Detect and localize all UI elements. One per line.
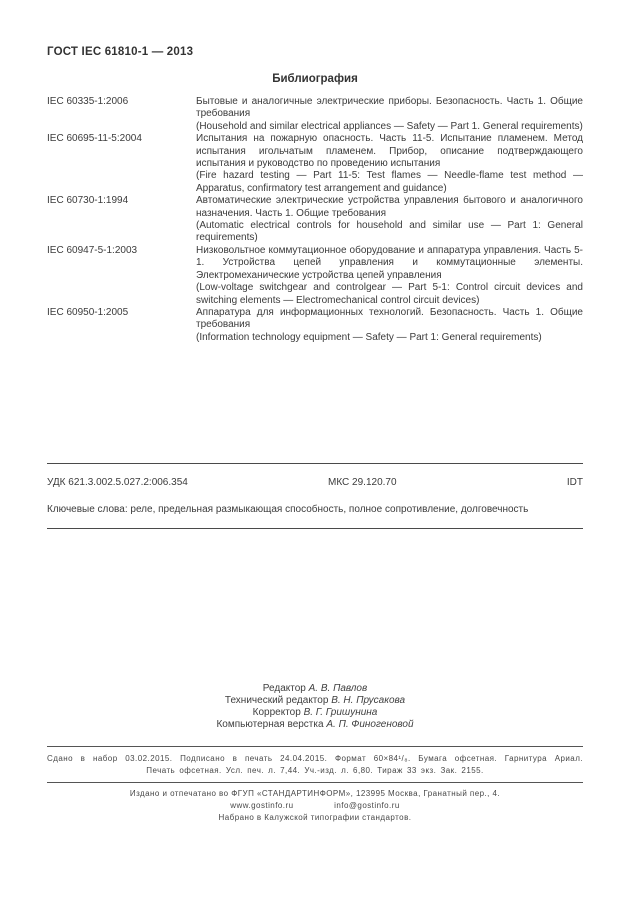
mks-code: МКС 29.120.70 <box>328 477 397 488</box>
standard-description: Аппаратура для информационных технологий… <box>196 307 583 344</box>
credits-block: Редактор А. В. Павлов Технический редакт… <box>47 683 583 731</box>
standard-description: Автоматические электрические устройства … <box>196 195 583 245</box>
bibliography-entry: IEC 60950-1:2005 Аппаратура для информац… <box>47 307 583 344</box>
standard-code: IEC 60947-5-1:2003 <box>47 245 196 307</box>
credit-line: Компьютерная верстка А. П. Финогеновой <box>47 719 583 731</box>
bibliography-entry: IEC 60947-5-1:2003 Низковольтное коммута… <box>47 245 583 307</box>
credit-role: Технический редактор <box>225 695 328 706</box>
idt-label: IDT <box>567 477 583 488</box>
credit-name: В. Н. Прусакова <box>331 695 405 706</box>
standard-code: IEC 60695-11-5:2004 <box>47 133 196 195</box>
standard-description: Испытания на пожарную опасность. Часть 1… <box>196 133 583 195</box>
credit-name: А. П. Финогеновой <box>326 719 413 730</box>
standard-title-ru: Автоматические электрические устройства … <box>196 195 583 220</box>
imprint-block: Сдано в набор 03.02.2015. Подписано в пе… <box>47 753 583 825</box>
imprint-typeset-line: Сдано в набор 03.02.2015. Подписано в пе… <box>47 753 583 765</box>
contacts-line: www.gostinfo.ru info@gostinfo.ru <box>47 800 583 812</box>
typography-line: Набрано в Калужской типографии стандарто… <box>47 812 583 824</box>
standard-description: Бытовые и аналогичные электрические приб… <box>196 96 583 133</box>
standard-title-en: (Household and similar electrical applia… <box>196 121 583 133</box>
udc-code: УДК 621.3.002.5.027.2:006.354 <box>47 477 188 488</box>
publisher-line: Издано и отпечатано во ФГУП «СТАНДАРТИНФ… <box>47 788 583 800</box>
credit-name: В. Г. Гришунина <box>304 707 378 718</box>
publisher-email: info@gostinfo.ru <box>334 801 400 810</box>
standard-description: Низковольтное коммутационное оборудовани… <box>196 245 583 307</box>
standard-title-ru: Аппаратура для информационных технологий… <box>196 307 583 332</box>
standard-title-ru: Низковольтное коммутационное оборудовани… <box>196 245 583 282</box>
standard-title-en: (Automatic electrical controls for house… <box>196 220 583 245</box>
standard-title-ru: Бытовые и аналогичные электрические приб… <box>196 96 583 121</box>
credit-role: Редактор <box>263 683 306 694</box>
credit-name: А. В. Павлов <box>309 683 368 694</box>
bibliography-entry: IEC 60335-1:2006 Бытовые и аналогичные э… <box>47 96 583 133</box>
standard-title-en: (Low-voltage switchgear and controlgear … <box>196 282 583 307</box>
imprint-print-line: Печать офсетная. Усл. печ. л. 7,44. Уч.-… <box>47 765 583 777</box>
bibliography-title: Библиография <box>47 73 583 85</box>
divider-inside-imprint <box>47 782 583 783</box>
credit-role: Корректор <box>253 707 301 718</box>
credit-role: Компьютерная верстка <box>216 719 323 730</box>
credit-line: Технический редактор В. Н. Прусакова <box>47 695 583 707</box>
credit-line: Корректор В. Г. Гришунина <box>47 707 583 719</box>
standard-title-en: (Information technology equipment — Safe… <box>196 332 583 344</box>
credit-line: Редактор А. В. Павлов <box>47 683 583 695</box>
divider-above-udc <box>47 463 583 464</box>
standard-code: IEC 60730-1:1994 <box>47 195 196 245</box>
keywords-line: Ключевые слова: реле, предельная размыка… <box>47 504 583 515</box>
publisher-website: www.gostinfo.ru <box>230 801 293 810</box>
divider-below-keywords <box>47 528 583 529</box>
divider-above-imprint <box>47 746 583 747</box>
document-code-header: ГОСТ IEC 61810-1 — 2013 <box>47 46 583 58</box>
document-page: ГОСТ IEC 61810-1 — 2013 Библиография IEC… <box>47 46 583 825</box>
bibliography-entry: IEC 60695-11-5:2004 Испытания на пожарну… <box>47 133 583 195</box>
bibliography-entry: IEC 60730-1:1994 Автоматические электрич… <box>47 195 583 245</box>
classification-row: УДК 621.3.002.5.027.2:006.354 МКС 29.120… <box>47 477 583 490</box>
standard-code: IEC 60335-1:2006 <box>47 96 196 133</box>
standard-title-ru: Испытания на пожарную опасность. Часть 1… <box>196 133 583 170</box>
standard-title-en: (Fire hazard testing — Part 11-5: Test f… <box>196 170 583 195</box>
standard-code: IEC 60950-1:2005 <box>47 307 196 344</box>
bibliography-list: IEC 60335-1:2006 Бытовые и аналогичные э… <box>47 96 583 344</box>
